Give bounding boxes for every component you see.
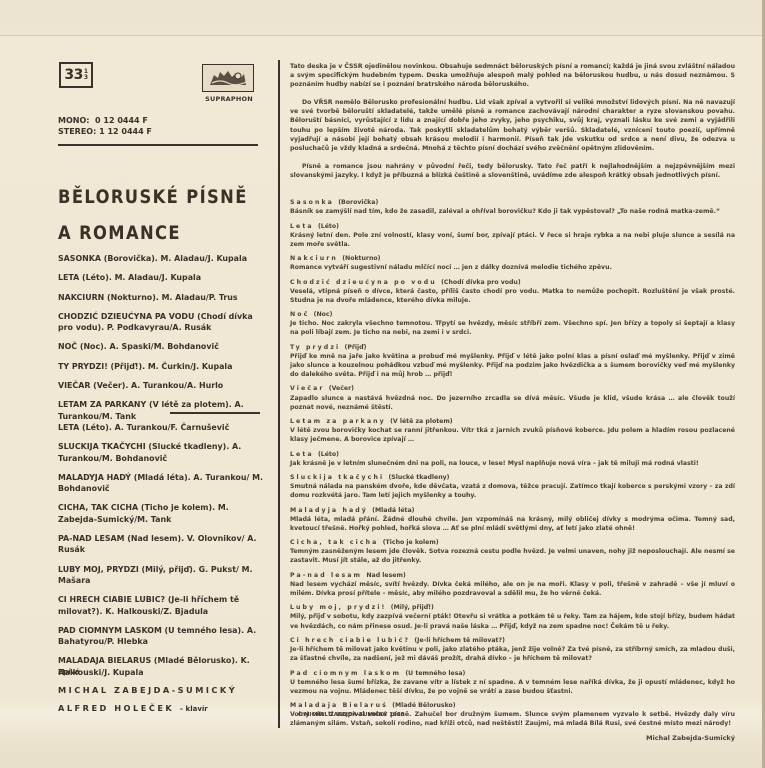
song-czech-title: (Léto): [318, 223, 339, 230]
song-description: Je ticho. Noc zakryla všechno temnotou. …: [290, 319, 735, 337]
rpm-value: 33: [64, 67, 82, 83]
song-title: Pa-nad lesam Nad lesem): [290, 571, 735, 580]
side-separator: [170, 412, 260, 414]
pianist-role: – klavír: [180, 705, 208, 713]
song-original-title: Chodzić dzieućyna po vodu: [290, 279, 437, 286]
author-signature: Michal Zabejda-Sumický: [290, 734, 735, 743]
song-original-title: Sasonka: [290, 199, 334, 206]
track-item: CHODZIĆ DZIEUĆYNA PA VODU (Chodí dívka p…: [58, 311, 263, 334]
song-summary: Leta (Léto)Krásný letní den. Pole zní vo…: [290, 222, 735, 249]
song-summary: Ty prydzi (Přijď)Přijď ke mně na jaře ja…: [290, 343, 735, 379]
song-czech-title: (Milý, přijď!): [391, 604, 434, 611]
track-item: TY PRYDZI! (Přijď!). M. Čurkin/J. Kupala: [58, 361, 263, 372]
track-item: PAD CIOMNYM LASKOM (U temného lesa). A. …: [58, 625, 263, 648]
catalog-numbers: MONO: 0 12 0444 F STEREO: 1 12 0444 F: [58, 115, 152, 137]
catalog-format: STEREO:: [58, 127, 96, 136]
song-description: Je-li hříchem tě milovat jako květinu v …: [290, 645, 735, 663]
tracklist-side-a: SASONKA (Borovička). M. Aladau/J. Kupala…: [58, 253, 263, 430]
song-summary: Pad ciomnym laskom (U temného lesa)U tem…: [290, 669, 735, 696]
song-description: Mladá léta, mladá přání. Žádné dlouhé ch…: [290, 515, 735, 533]
track-item: SLUCKIJA TKAČYCHI (Slucké tkadleny). A. …: [58, 441, 263, 464]
song-czech-title: (Nokturno): [342, 255, 380, 262]
song-title: Cicha, tak cicha (Ticho je kolem): [290, 538, 735, 547]
track-item: NAKCIURN (Nokturno). M. Aladau/P. Trus: [58, 292, 263, 303]
top-fold-line: [0, 35, 765, 36]
song-czech-title: (Večer): [329, 385, 354, 392]
catalog-stereo: STEREO: 1 12 0444 F: [58, 126, 152, 137]
catalog-mono: MONO: 0 12 0444 F: [58, 115, 152, 126]
song-czech-title: (Přijď): [345, 344, 367, 351]
song-czech-title: (Je-li hříchem tě milovat?): [414, 637, 505, 644]
track-item: LUBY MOJ, PRYDZI (Milý, přijď). G. Pukst…: [58, 564, 263, 587]
rpm-fraction: 1 3: [84, 69, 88, 81]
song-description: Zapadlo slunce a nastává hvězdná noc. Do…: [290, 394, 735, 412]
song-description: Nad lesem vychází měsíc, svítí hvězdy. D…: [290, 580, 735, 598]
header-rule: [58, 144, 258, 146]
song-title: Viečar (Večer): [290, 384, 735, 393]
intro-paragraph: Do VŘSR nemělo Bělorusko profesionální h…: [290, 98, 735, 153]
song-description: Přijď ke mně na jaře jako květina a prob…: [290, 352, 735, 379]
song-title: Noč (Noc): [290, 310, 735, 319]
catalog-format: MONO:: [58, 116, 89, 125]
intro-paragraph: Tato deska je v ČSSR ojedinělou novinkou…: [290, 62, 735, 89]
song-czech-title: (Noc): [314, 311, 333, 318]
song-title: Letam za parkany (V létě za plotem): [290, 417, 735, 426]
tracklist-side-b: LETA (Léto). A. Turankou/F. ČarnuševičSL…: [58, 422, 263, 686]
song-czech-title: (Slucké tkadleny): [388, 474, 449, 481]
track-item: LETAM ZA PARKANY (V létě za plotem). A. …: [58, 399, 263, 422]
song-description: Krásný letní den. Pole zní volností, kla…: [290, 231, 735, 249]
song-czech-title: (Léto): [318, 451, 339, 458]
liner-notes: Tato deska je v ČSSR ojedinělou novinkou…: [290, 62, 735, 743]
rpm-badge: 33 1 3: [59, 62, 93, 88]
track-item: PA-NAD LESAM (Nad lesem). V. Olovnikov/ …: [58, 533, 263, 556]
catalog-number: 0 12 0444 F: [95, 116, 148, 125]
album-title-line2: A ROMANCE: [58, 222, 181, 244]
song-original-title: Ty prydzi: [290, 344, 340, 351]
copyright-notice: C MICHAL ZABEJDA-SUMICKÝ 1968: [298, 712, 405, 718]
song-title: Maladyja hadý (Mladá léta): [290, 506, 735, 515]
song-original-title: Pad ciomnym laskom: [290, 670, 401, 677]
song-czech-title: (Ticho je kolem): [383, 539, 439, 546]
song-original-title: Pa-nad lesam: [290, 572, 362, 579]
catalog-number: 1 12 0444 F: [99, 127, 152, 136]
pianist-name: ALFRED HOLEČEK: [58, 703, 174, 713]
song-title: Chodzić dzieućyna po vodu (Chodí dívka p…: [290, 278, 735, 287]
song-description: Romance vytváří sugestivní náladu mlčící…: [290, 263, 735, 272]
supraphon-logo-icon: [202, 64, 254, 92]
song-czech-title: (Chodí dívka pro vodu): [441, 279, 521, 286]
song-summary: Chodzić dzieućyna po vodu (Chodí dívka p…: [290, 278, 735, 305]
song-summary: Pa-nad lesam Nad lesem)Nad lesem vychází…: [290, 571, 735, 598]
song-description: U temného lesa šumí břízka, že zavane ví…: [290, 678, 735, 696]
rpm-fraction-den: 3: [84, 75, 88, 81]
song-title: Sluckija tkačychi (Slucké tkadleny): [290, 473, 735, 482]
song-title: Ci hrech ciabie lubić? (Je-li hříchem tě…: [290, 636, 735, 645]
song-original-title: Cicha, tak cicha: [290, 539, 378, 546]
song-summary: Nakciurn (Nokturno)Romance vytváří suges…: [290, 254, 735, 272]
track-item: MALADYJA HADÝ (Mladá léta). A. Turankou/…: [58, 472, 263, 495]
song-description: Básník se zamýšlí nad tím, kdo že zasadi…: [290, 207, 735, 216]
song-summary: Sluckija tkačychi (Slucké tkadleny)Smutn…: [290, 473, 735, 500]
song-original-title: Leta: [290, 451, 314, 458]
song-original-title: Maladyja hadý: [290, 507, 368, 514]
song-original-title: Sluckija tkačychi: [290, 474, 384, 481]
song-description: Milý, přijď v sobotu, kdy zazpívá večern…: [290, 612, 735, 630]
song-title: Ty prydzi (Přijď): [290, 343, 735, 352]
song-czech-title: (V létě za plotem): [390, 418, 453, 425]
song-original-title: Nakciurn: [290, 255, 338, 262]
song-original-title: Letam za parkany: [290, 418, 386, 425]
track-item: VIEČAR (Večer). A. Turankou/A. Hurlo: [58, 380, 263, 391]
song-description: Smutná nálada na panském dvoře, kde děvč…: [290, 482, 735, 500]
song-summary: Maladyja hadý (Mladá léta)Mladá léta, ml…: [290, 506, 735, 533]
song-title: Pad ciomnym laskom (U temného lesa): [290, 669, 735, 678]
song-summary: Leta (Léto)Jak krásně je v letním sluneč…: [290, 450, 735, 468]
track-item: LETA (Léto). A. Turankou/F. Čarnuševič: [58, 422, 263, 433]
song-original-title: Noč: [290, 311, 309, 318]
column-divider: [278, 60, 280, 728]
song-original-title: Maladaja Bielaruś: [290, 702, 388, 709]
song-czech-title: Nad lesem): [366, 572, 405, 579]
song-title: Sasonka (Borovička): [290, 198, 735, 207]
intro-paragraph: Písně a romance jsou nahrány v původní ř…: [290, 162, 735, 180]
song-title: Leta (Léto): [290, 450, 735, 459]
label-name: SUPRAPHON: [200, 95, 258, 103]
song-summary: Cicha, tak cicha (Ticho je kolem)Temným …: [290, 538, 735, 565]
track-item: LETA (Léto). M. Aladau/J. Kupala: [58, 272, 263, 283]
track-item: CI HRECH CIABIE LUBIC? (Je-li hříchem tě…: [58, 594, 263, 617]
song-czech-title: (Mladá léta): [372, 507, 414, 514]
track-item: CICHA, TAK CICHA (Ticho je kolem). M. Za…: [58, 502, 263, 525]
song-description: V létě zvou borovičky kochat se ranní ji…: [290, 426, 735, 444]
song-title: Luby moj, prydzi! (Milý, přijď!): [290, 603, 735, 612]
song-description: Jak krásně je v letním slunečném dni na …: [290, 459, 735, 468]
song-summary: Noč (Noc)Je ticho. Noc zakryla všechno t…: [290, 310, 735, 337]
song-description: Veselá, vtipná píseň o dívce, která čast…: [290, 287, 735, 305]
track-item: SASONKA (Borovička). M. Aladau/J. Kupala: [58, 253, 263, 264]
song-description: Temným zasněženým lesem jde člověk. Sotv…: [290, 547, 735, 565]
song-original-title: Leta: [290, 223, 314, 230]
song-summary: Sasonka (Borovička)Básník se zamýšlí nad…: [290, 198, 735, 216]
sings-label: Zpívá: [58, 668, 80, 676]
song-summary: Letam za parkany (V létě za plotem)V lét…: [290, 417, 735, 444]
track-item: NOČ (Noc). A. Spaski/M. Bohdanovič: [58, 341, 263, 352]
song-summary: Luby moj, prydzi! (Milý, přijď!)Milý, př…: [290, 603, 735, 630]
song-czech-title: (Mladé Bělorusko): [392, 702, 456, 709]
pianist-credit: ALFRED HOLEČEK – klavír: [58, 703, 208, 713]
singer-name: MICHAL ZABEJDA-SUMICKÝ: [58, 685, 237, 695]
song-title: Maladaja Bielaruś (Mladé Bělorusko): [290, 701, 735, 710]
album-title-line1: BĚLORUSKÉ PÍSNĚ: [58, 186, 248, 208]
song-title: Leta (Léto): [290, 222, 735, 231]
song-summary: Ci hrech ciabie lubić? (Je-li hříchem tě…: [290, 636, 735, 663]
track-item: MALADAJA BIELARUS (Mladé Bělorusko). K. …: [58, 655, 263, 678]
song-summaries: Sasonka (Borovička)Básník se zamýšlí nad…: [290, 198, 735, 728]
song-original-title: Ci hrech ciabie lubić?: [290, 637, 410, 644]
song-original-title: Luby moj, prydzi!: [290, 604, 386, 611]
song-summary: Viečar (Večer)Zapadlo slunce a nastává h…: [290, 384, 735, 411]
song-original-title: Viečar: [290, 385, 325, 392]
song-czech-title: (U temného lesa): [405, 670, 465, 677]
song-czech-title: (Borovička): [338, 199, 378, 206]
song-title: Nakciurn (Nokturno): [290, 254, 735, 263]
